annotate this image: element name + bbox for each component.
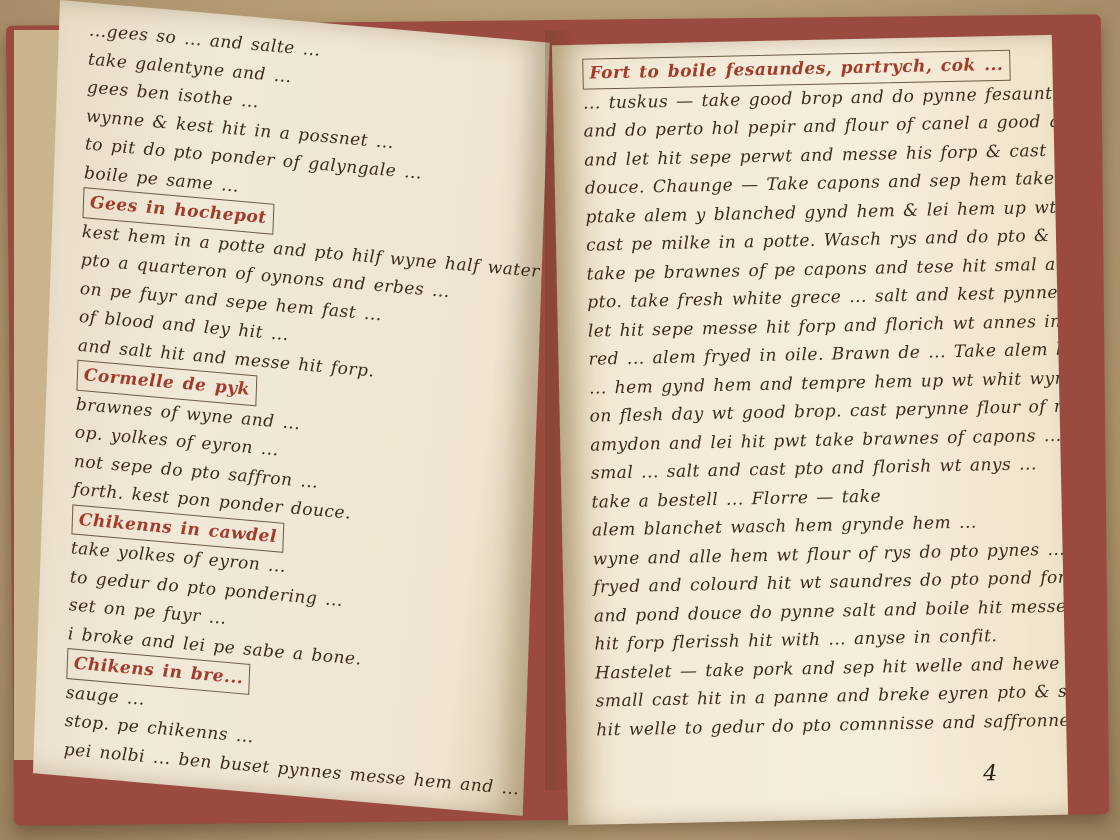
left-page: ...gees so ... and salte ... take galent… — [33, 0, 550, 816]
folio-number: 4 — [983, 761, 998, 786]
left-page-text: ...gees so ... and salte ... take galent… — [63, 17, 529, 803]
photo-scene: ...gees so ... and salte ... take galent… — [0, 0, 1120, 840]
right-page-text: Fort to boile fesaundes, partrych, cok .… — [582, 49, 1046, 744]
right-page: Fort to boile fesaundes, partrych, cok .… — [552, 35, 1068, 825]
